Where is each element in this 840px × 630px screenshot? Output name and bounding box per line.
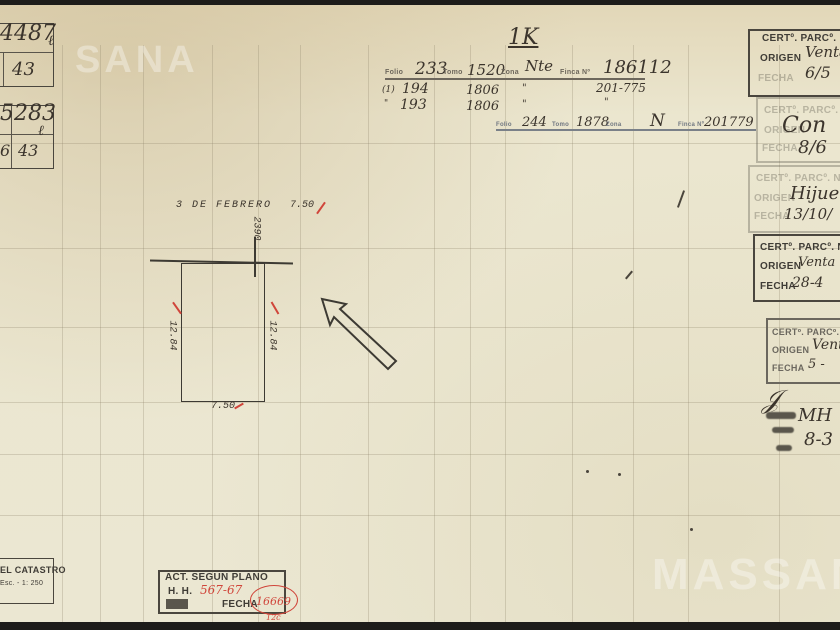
street-name: 3 DE FEBRERO <box>176 200 272 211</box>
reference-mark: ℓ <box>38 123 44 140</box>
grid-line <box>300 45 301 622</box>
grid-line <box>62 45 63 622</box>
grid-line <box>0 454 840 455</box>
back-dimension: 7.50 <box>211 401 235 412</box>
right-dimension: 12.84 <box>267 320 278 350</box>
reference-number: 43 <box>12 59 35 80</box>
smudged-stamp <box>766 412 796 419</box>
check-mark-icon <box>316 202 326 215</box>
grid-line <box>100 45 101 622</box>
lot-outline <box>181 263 265 402</box>
grid-line <box>434 45 435 622</box>
grid-line <box>0 515 840 516</box>
finca-value: 186112 <box>603 57 672 78</box>
red-circle-annotation <box>250 585 298 615</box>
tomo-value: 1520 <box>467 61 505 79</box>
check-mark-icon <box>234 403 244 410</box>
reference-number: 6 <box>0 141 10 160</box>
left-dimension: 12.84 <box>167 320 178 350</box>
reference-number: 5283 <box>0 101 56 126</box>
arrow-icon <box>318 295 402 375</box>
smudged-stamp <box>776 445 792 451</box>
smudged-stamp <box>772 427 794 433</box>
grid-line <box>0 327 840 328</box>
house-number: 2390 <box>251 216 262 240</box>
cadastral-card: SANA MASSAN 4487 43 ℓ 5283 6 43 ℓ 1K Fol… <box>0 5 840 622</box>
check-mark-icon <box>271 301 280 314</box>
reference-mark: ℓ <box>48 33 54 50</box>
ink-speck <box>618 473 621 476</box>
reference-number: 43 <box>18 141 38 160</box>
ink-speck <box>625 271 633 280</box>
grid-line <box>0 248 840 249</box>
grid-line <box>470 45 471 622</box>
front-dimension: 7.50 <box>290 200 314 211</box>
ink-speck <box>586 470 589 473</box>
registry-row: Folio 244 Tomo 1878 Zona N Finca Nº 2017… <box>496 117 756 135</box>
registry-row: " 193 1806 " " <box>382 99 642 115</box>
grid-line <box>0 143 840 144</box>
grid-line <box>0 402 840 403</box>
ink-speck <box>690 528 693 531</box>
sheet-number: 1K <box>508 25 538 50</box>
hh-value: 567-67 <box>200 583 242 597</box>
watermark: SANA <box>75 39 199 82</box>
watermark: MASSAN <box>652 550 840 600</box>
grid-line <box>143 45 144 622</box>
registry-row: Folio 233 Tomo 1520 Zona Nte Finca Nº 18… <box>385 63 645 83</box>
ink-speck <box>677 190 685 208</box>
zona-value: Nte <box>525 57 553 75</box>
